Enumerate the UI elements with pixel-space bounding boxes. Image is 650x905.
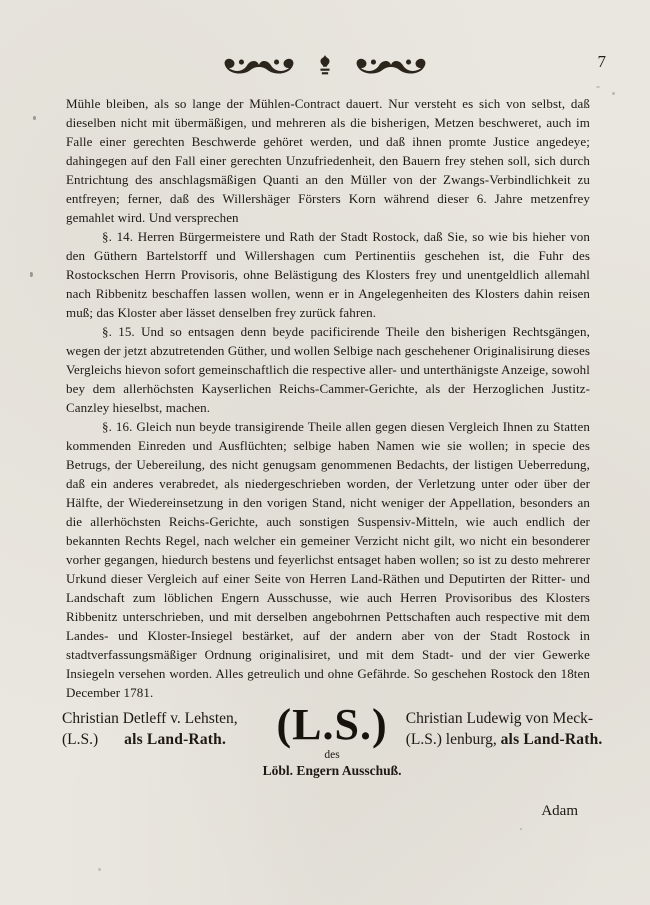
page-header: 7 <box>0 0 650 92</box>
signature-left-seal-line: (L.S.)als Land-Rath. <box>62 729 258 750</box>
scan-speckle <box>30 272 33 277</box>
document-page: 7 Mühle bleiben, als so lange der Mühlen… <box>0 0 650 905</box>
seal-mark: (L.S.) <box>406 731 442 748</box>
signature-left: Christian Detleff v. Lehsten, (L.S.)als … <box>62 708 258 750</box>
grand-seal-mark: (L.S.) <box>258 702 405 748</box>
signature-right: Christian Ludewig von Meck- (L.S.) lenbu… <box>406 708 610 750</box>
scan-speckle <box>33 116 36 120</box>
scan-speckle <box>612 92 615 95</box>
signature-right-seal-line: (L.S.) lenburg, als Land-Rath. <box>406 729 610 750</box>
paragraph-section-14: §. 14. Herren Bürgermeistere und Rath de… <box>66 227 590 322</box>
paragraph-section-15: §. 15. Und so entsagen denn beyde pacifi… <box>66 322 590 417</box>
signature-left-title: als Land-Rath. <box>124 731 226 748</box>
scan-speckle <box>596 86 600 88</box>
seal-caption-committee: Löbl. Engern Ausschuß. <box>258 762 405 779</box>
signature-right-name: Christian Ludewig von Meck- <box>406 708 610 729</box>
paragraph-continuation: Mühle bleiben, als so lange der Mühlen-C… <box>66 94 590 227</box>
signature-right-name-rest: lenburg, <box>446 731 497 748</box>
fleuron-scroll-right-icon <box>352 54 430 81</box>
fleuron-scroll-left-icon <box>220 54 298 81</box>
crown-finial-center-icon <box>316 54 334 81</box>
signature-right-title: als Land-Rath. <box>501 731 603 748</box>
header-ornament <box>220 54 430 81</box>
paragraph-section-16: §. 16. Gleich nun beyde transigirende Th… <box>66 417 590 702</box>
signature-center: (L.S.) des Löbl. Engern Ausschuß. <box>258 702 405 779</box>
body-text: Mühle bleiben, als so lange der Mühlen-C… <box>66 94 590 702</box>
catchword: Adam <box>0 803 578 820</box>
scan-speckle <box>98 868 101 871</box>
seal-caption-des: des <box>258 749 405 762</box>
seal-mark: (L.S.) <box>62 731 98 748</box>
page-number: 7 <box>598 52 607 72</box>
signature-block: Christian Detleff v. Lehsten, (L.S.)als … <box>62 708 610 779</box>
scan-speckle <box>520 828 522 830</box>
signature-left-name: Christian Detleff v. Lehsten, <box>62 708 258 729</box>
